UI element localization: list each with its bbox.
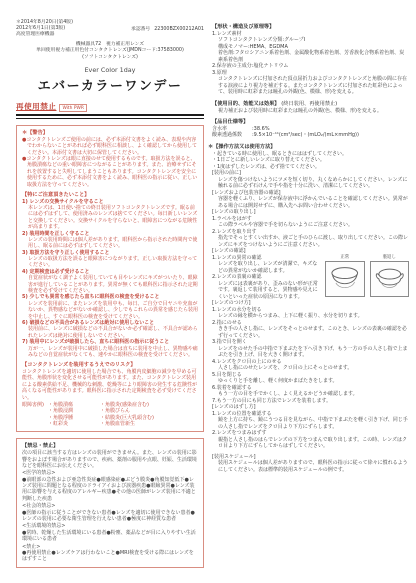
attention-item-body: 装用前に、レンズに破損などの不具合がないか必ず確認し、不具合が認められたレンズは… — [22, 326, 198, 339]
page-title: エバーカラーワンデー — [16, 75, 204, 94]
contraindication-box: 【禁忌・禁止】 次の項目に該当する方はレンズの装用ができません。また、レンズの装… — [16, 438, 204, 567]
contra-group-body: ●常時、乾燥した生活環境にいる患者●粉塵、薬品などが目に入りやすい生活環境にいる… — [22, 530, 198, 543]
left-column: ＊2014年8月20日(第4版) 2012年6月1日(第3版) 高度管理医療機器… — [16, 20, 204, 568]
contra-intro: 次の項目に該当する方はレンズの装用ができません。また、レンズの装用に影響をおよぼ… — [22, 450, 198, 469]
warning-title: ＊【警告】 — [22, 130, 198, 137]
shape-line: コンタクトレンズに付加された頂点屈折力およびコンタクトレンズと角膜の間に存在する… — [212, 76, 409, 96]
usage-step-body: きき手の人さし指に、レンズをそっとのせます。このとき、レンズの表裏の確認を必ず行… — [212, 326, 409, 339]
product-name-en: Ever Color 1day — [16, 66, 204, 74]
lens-check-block: 正常 裏返し — [212, 255, 409, 301]
approval-number: 22300BZX00212A01 — [154, 27, 204, 32]
category-line-3: (ソフトコンタクトレンズ) — [16, 55, 204, 61]
spec-title: 【品目仕様等】 — [212, 119, 409, 126]
usage-step-body: 指先でそっとすくい出すか、液ごと手のひらに渡し、取り出してください。この際レンズ… — [212, 235, 409, 248]
spec-row: 酸素透過係数 :9.5×10⁻¹¹(cm²/sec)・(mLO₂/(mL×mmH… — [212, 132, 409, 139]
contra-group-body: ●再使用禁止●レンズケアは行わないこと●MRI検査を受ける際にはレンズをはずすこ… — [22, 550, 198, 563]
right-column: 【形状・構造及び原理等】 1.レンズ素材 ソフトコンタクトレンズ分類:グループⅠ… — [212, 24, 409, 478]
package-insert-page: ＊2014年8月20日(第4版) 2012年6月1日(第3版) 高度管理医療機器… — [0, 0, 416, 583]
purpose-section: 【使用目的、効能又は効果】 (終日装用、再使用禁止) 視力補正および装用時に虹彩… — [212, 101, 409, 114]
usage-step-body: レンズをのせた手の中指で下まぶたを下へ引き下げ、もう一方の手の人さし指で上まぶた… — [212, 346, 409, 359]
contra-group-body: ●医師の指示に従うことができない患者●レンズを適切に使用できない患者●レンズの装… — [22, 510, 198, 523]
purpose-note: (終日装用、再使用禁止) — [281, 101, 337, 107]
pwr-badge: With PWR — [59, 104, 86, 112]
shape-section: 【形状・構造及び原理等】 1.レンズ素材 ソフトコンタクトレンズ分類:グループⅠ… — [212, 24, 409, 96]
risk-title: 【コンタクトレンズを装用するうえでのリスク】 — [22, 362, 198, 369]
lens-normal-figure: 正常 — [325, 255, 365, 298]
lens-normal-icon — [325, 261, 365, 297]
attention-item-body: レンズの装用時間には個人差があります。眼科医から指示された時間内で使用し、眠る前… — [22, 237, 198, 250]
attention-item-body: 自覚症状がなく調子よく装用していても目やレンズにキズがついたり、眼障害が進行して… — [22, 275, 198, 294]
warning-bullet: ●コンタクトレンズご使用の前には、必ず本添付文書をよく読み、表現や内容でわからな… — [22, 137, 198, 156]
no-reuse-row: 再使用禁止 With PWR — [16, 101, 204, 112]
contra-group-body: ●前眼部の急性および亜急性炎症●眼感染症●ぶどう膜炎●角膜知覚低下●レンズ装用に… — [22, 477, 198, 503]
device-category: 機械器具72 視力補正用レンズ 単回使用視力補正用色付コンタクトレンズ(JMDN… — [16, 42, 204, 61]
title-divider — [16, 114, 204, 119]
disorder-item: ・虹彩炎 — [48, 421, 100, 427]
disorder-item: ・角膜血管新生 — [100, 421, 154, 427]
purpose-title-row: 【使用目的、効能又は効果】 (終日装用、再使用禁止) — [212, 101, 409, 108]
category-line-2: 単回使用視力補正用色付コンタクトレンズ(JMDNコード:37583000) — [16, 48, 204, 54]
approval-number-row: 承認番号22300BZX00212A01 — [127, 27, 204, 39]
shape-line: 着色剤:フタロシアニン系着色剤、金属酸化物系着色剤、芳香族化合物系着色剤、炭素系… — [212, 50, 409, 63]
risk-body: コンタクトレンズを適切に使用した場合でも、角膜内皮細胞の減少を早める可能性、角膜… — [22, 369, 198, 401]
disorder-col2: ・角膜炎(感染症含む) ・角膜びらん ・結膜炎(巨大乳頭含む) ・角膜血管新生 — [100, 402, 154, 428]
schedule-body: 装用スケジュールは個人差がありますので、眼科医の指示に従って徐々に慣れるようにし… — [212, 460, 409, 473]
usage-step-body: 鏡を上方に持ち、鏡にうつる目を見ながら、中指で下まぶたを軽く引き下げ、同じ手の人… — [212, 417, 409, 430]
purpose-body: 視力補正および装用時に虹彩または瞳孔の外観(色、模様、形)を変える。 — [212, 108, 409, 115]
lens-inverted-icon — [370, 261, 410, 297]
spec-value: :9.5×10⁻¹¹(cm²/sec)・(mLO₂/(mL×mmHg)) — [252, 132, 359, 139]
attention-item-body: 万が一、レンズが装用中に破損した場合は直ちに装用を中止し、異物感や痛みなどの自覚… — [22, 346, 198, 359]
attention-item-body: レンズの取扱方法を誤ると眼障害につながります。正しい取扱方法を守ってください。 — [22, 256, 198, 269]
lens-orientation-diagram: 正常 裏返し — [325, 255, 409, 298]
disorder-examples: 眼障害例) ・角膜潰瘍 ・角膜浸潤 ・角膜浮腫 ・虹彩炎 ・角膜炎(感染症含む)… — [22, 402, 198, 428]
attention-item-body: レンズを装用前に、またレンズを装用中も、毎日、ご自分で目ヤニや充血がないか、異物… — [22, 301, 198, 320]
disorder-col1: ・角膜潰瘍 ・角膜浸潤 ・角膜浮腫 ・虹彩炎 — [48, 402, 100, 428]
usage-title: ＊【操作方法又は使用方法】 — [208, 144, 409, 151]
purpose-title: 【使用目的、効能又は効果】 — [212, 101, 279, 107]
warning-bullet: ●コンタクトレンズは眼に直接のせて使用するものです。取扱方法を誤ると、角膜潰瘍な… — [22, 156, 198, 188]
attention-title: 【特にご注意頂きたいこと】 — [22, 192, 198, 199]
spec-label: 酸素透過係数 — [212, 132, 252, 139]
approval-label: 承認番号 — [131, 27, 150, 32]
disorder-label: 眼障害例) — [22, 402, 48, 428]
warning-box: ＊【警告】 ●コンタクトレンズご使用の前には、必ず本添付文書をよく読み、表現や内… — [16, 125, 204, 432]
usage-sub-body: 容器を軽くふり、レンズが保存液中に浮かんでいることを確認してください。異常がある… — [212, 196, 409, 209]
spec-section: 【品目仕様等】 含水率 :38.6% 酸素透過係数 :9.5×10⁻¹¹(cm²… — [212, 119, 409, 139]
attention-item-body: 本レンズは、1日使い捨ての終日装用ソフトコンタクトレンズです。眠る前には必ずはず… — [22, 205, 198, 231]
lens-inverted-label: 裏返し — [370, 255, 410, 261]
revision-block: ＊2014年8月20日(第4版) 2012年6月1日(第3版) 高度管理医療機器 — [16, 20, 73, 39]
usage-section: ＊【操作方法又は使用方法】 ・起きている時に使用し、眠るときにははずしてください… — [212, 144, 409, 473]
device-class: 高度管理医療機器 — [16, 32, 73, 38]
usage-sub-body: レンズを傷つけないようにツメを短く切り、丸くなめらかにしてください。レンズに触れ… — [212, 177, 409, 190]
shape-title: 【形状・構造及び原理等】 — [212, 24, 409, 31]
usage-step-body: 親指と人さし指のはらでレンズの下方をつまんで取り出します。この時、レンズはクロ目… — [212, 437, 409, 450]
document-meta: ＊2014年8月20日(第4版) 2012年6月1日(第3版) 高度管理医療機器… — [16, 20, 204, 39]
lens-normal-label: 正常 — [325, 255, 365, 261]
no-reuse-label: 再使用禁止 — [16, 101, 56, 112]
lens-inverted-figure: 裏返し — [370, 255, 410, 298]
